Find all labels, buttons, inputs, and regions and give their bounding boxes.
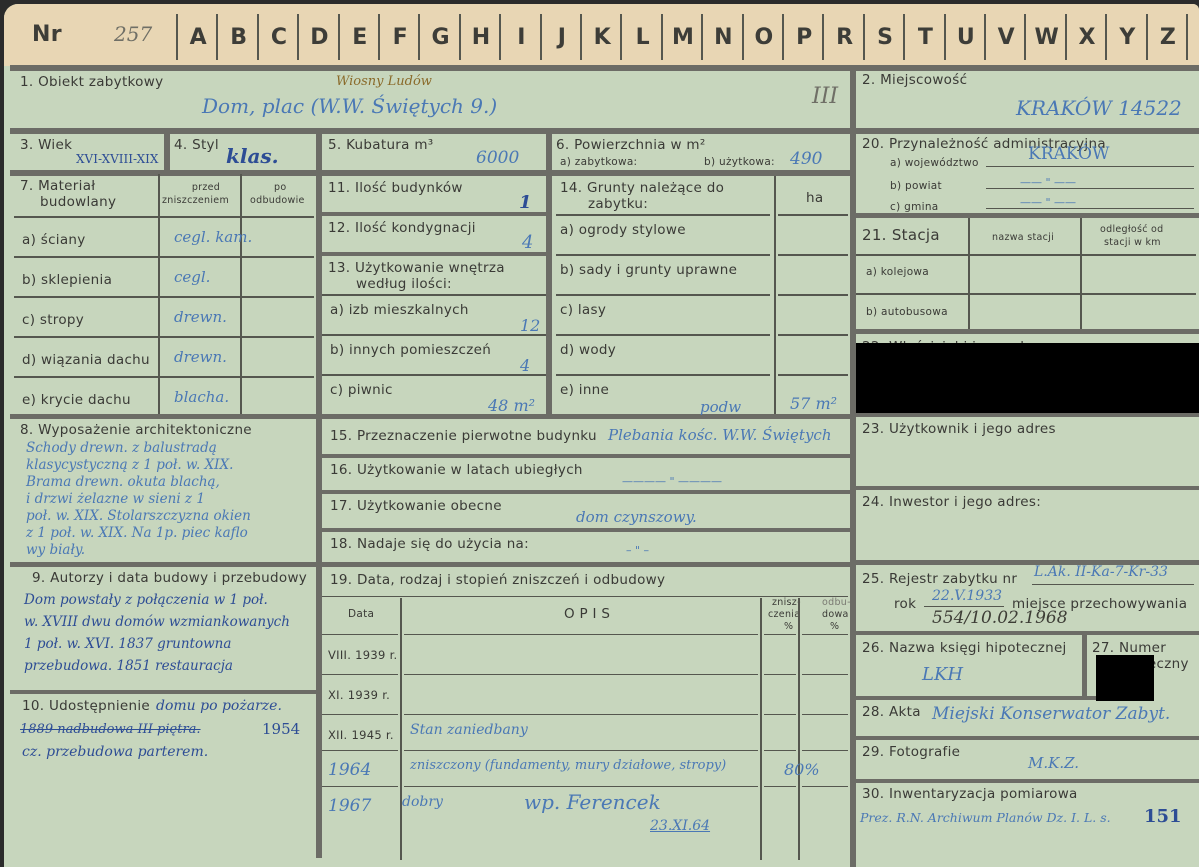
material-row-before: drewn. bbox=[174, 348, 227, 366]
field-3-label: 3. Wiek bbox=[20, 137, 72, 153]
material-row-label: c) stropy bbox=[22, 312, 84, 328]
interior-row-value: 48 m² bbox=[488, 396, 535, 415]
letter-tab-c[interactable]: C bbox=[257, 14, 299, 60]
letter-tab-z[interactable]: Z bbox=[1146, 14, 1188, 60]
field-17-value: dom czynszowy. bbox=[576, 508, 697, 526]
rule bbox=[986, 188, 1194, 189]
field-16-value: ———— " ———— bbox=[622, 475, 722, 488]
field-24-label: 24. Inwestor i jego adres: bbox=[862, 494, 1041, 510]
field-17-label: 17. Użytkowanie obecne bbox=[330, 498, 502, 514]
rule bbox=[164, 132, 170, 172]
rule bbox=[856, 413, 1199, 417]
letter-tab-m[interactable]: M bbox=[661, 14, 703, 60]
field-9-line: 1 poł. w. XVI. 1837 gruntowna bbox=[24, 633, 290, 655]
letter-tab-i[interactable]: I bbox=[499, 14, 541, 60]
damage-row-date: XII. 1945 r. bbox=[328, 728, 394, 742]
rule bbox=[322, 562, 850, 567]
rule bbox=[322, 786, 398, 787]
field-21b-label: b) autobusowa bbox=[866, 306, 948, 318]
damage-row-date: XI. 1939 r. bbox=[328, 688, 390, 702]
rule bbox=[556, 254, 770, 256]
field-19-col-rebuild-3: % bbox=[830, 621, 839, 632]
field-14-unit: ha bbox=[806, 190, 823, 206]
field-26-value: LKH bbox=[922, 664, 963, 685]
field-28-value: Miejski Konserwator Zabyt. bbox=[932, 704, 1170, 724]
col-after-1: po bbox=[274, 182, 286, 193]
field-9-line: Dom powstały z połączenia w 1 poł. bbox=[24, 589, 290, 611]
field-19-col-destr-1: znisz- bbox=[772, 597, 801, 608]
letter-tab-v[interactable]: V bbox=[984, 14, 1026, 60]
field-3-value: XVI-XVIII-XIX bbox=[76, 152, 158, 166]
field-10-label: 10. Udostępnienie bbox=[22, 698, 150, 714]
damage-row-date: VIII. 1939 r. bbox=[328, 648, 398, 662]
interior-row-label: a) izb mieszkalnych bbox=[330, 302, 469, 318]
material-row-label: d) wiązania dachu bbox=[22, 352, 150, 368]
field-2-label: 2. Miejscowość bbox=[862, 72, 967, 88]
rule bbox=[764, 714, 796, 715]
rule bbox=[10, 128, 1199, 134]
rule bbox=[158, 174, 160, 414]
redaction-block bbox=[1096, 655, 1154, 701]
field-27-label: 27. Numer bbox=[1092, 640, 1166, 656]
rule bbox=[14, 296, 314, 298]
rule bbox=[322, 674, 398, 675]
field-25-value: L.Ak. II-Ka-7-Kr-33 bbox=[1034, 564, 1168, 580]
rule bbox=[404, 714, 758, 715]
letter-tab-t[interactable]: T bbox=[903, 14, 945, 60]
field-25-rok-label: rok bbox=[894, 596, 916, 612]
field-28-label: 28. Akta bbox=[862, 704, 921, 720]
rule bbox=[14, 216, 314, 218]
field-7-label-2: budowlany bbox=[40, 194, 116, 210]
col-before-1: przed bbox=[176, 182, 236, 193]
rule bbox=[1186, 14, 1188, 60]
field-26-label: 26. Nazwa księgi hipotecznej bbox=[862, 640, 1067, 656]
field-9-line: przebudowa. 1851 restauracja bbox=[24, 655, 290, 677]
field-25-rok-value: 22.V.1933 bbox=[932, 588, 1002, 604]
rule bbox=[802, 786, 848, 787]
land-row-label: b) sady i grunty uprawne bbox=[560, 262, 737, 278]
material-row-before: cegl. kam. bbox=[174, 228, 252, 246]
rule bbox=[14, 336, 314, 338]
rule bbox=[400, 598, 402, 860]
field-5-label: 5. Kubatura m³ bbox=[328, 137, 433, 153]
letter-tab-d[interactable]: D bbox=[297, 14, 339, 60]
field-2-value: KRAKÓW 14522 bbox=[1016, 96, 1182, 120]
damage-row-desc: Stan zaniedbany bbox=[410, 722, 528, 738]
nr-label: Nr bbox=[32, 22, 62, 47]
rule bbox=[1082, 634, 1087, 698]
rule bbox=[778, 374, 848, 376]
rule bbox=[850, 132, 856, 867]
field-9-label: 9. Autorzy i data budowy i przebudowy bbox=[32, 570, 307, 586]
field-10-year: 1954 bbox=[262, 720, 300, 738]
field-1-label: 1. Obiekt zabytkowy bbox=[20, 74, 163, 90]
field-8-label: 8. Wyposażenie architektoniczne bbox=[20, 422, 252, 438]
rule bbox=[322, 596, 848, 597]
field-23-label: 23. Użytkownik i jego adres bbox=[862, 421, 1056, 437]
rule bbox=[322, 714, 398, 715]
field-13-label: 13. Użytkowanie wnętrza bbox=[328, 260, 505, 276]
rule bbox=[856, 696, 1096, 700]
letter-tab-n[interactable]: N bbox=[701, 14, 743, 60]
letter-tab-s[interactable]: S bbox=[863, 14, 905, 60]
field-30-value: Prez. R.N. Archiwum Planów Dz. I. L. s. bbox=[860, 810, 1111, 825]
rule bbox=[404, 750, 758, 751]
inventory-card: Nr 257 1. Obiekt zabytkowy Dom, plac (W.… bbox=[4, 4, 1199, 867]
rule bbox=[778, 254, 848, 256]
field-10-struck: 1889 nadbudowa III piętra. bbox=[20, 722, 201, 737]
letter-tab-y[interactable]: Y bbox=[1105, 14, 1147, 60]
field-8-line: Schody drewn. z balustradą bbox=[26, 440, 251, 457]
rule bbox=[404, 786, 758, 787]
rule bbox=[1032, 584, 1194, 585]
land-row-note: podw bbox=[700, 398, 741, 416]
field-21-col-dist-2: stacji w km bbox=[1104, 237, 1161, 248]
rule bbox=[322, 490, 850, 494]
field-11-value: 1 bbox=[519, 192, 532, 213]
letter-tab-o[interactable]: O bbox=[742, 14, 784, 60]
field-10-line1: domu po pożarze. bbox=[156, 698, 282, 714]
rule bbox=[778, 334, 848, 336]
field-8-line: klasycystyczną z 1 poł. w. XIX. bbox=[26, 457, 251, 474]
letter-tab-h[interactable]: H bbox=[459, 14, 501, 60]
field-14-label-2: zabytku: bbox=[588, 196, 648, 212]
field-12-value: 4 bbox=[522, 232, 533, 253]
damage-row-destr: 80% bbox=[784, 760, 820, 779]
rule bbox=[240, 174, 242, 414]
field-21-col-name: nazwa stacji bbox=[992, 232, 1054, 243]
rule bbox=[774, 176, 776, 414]
rule bbox=[802, 714, 848, 715]
rule bbox=[322, 252, 548, 256]
rule bbox=[798, 598, 800, 860]
letter-tab-x[interactable]: X bbox=[1065, 14, 1107, 60]
field-29-value: M.K.Z. bbox=[1028, 754, 1079, 772]
rule bbox=[856, 486, 1199, 490]
field-19-col-rebuild-2: dowa bbox=[822, 609, 849, 620]
field-12-label: 12. Ilość kondygnacji bbox=[328, 220, 476, 236]
rule bbox=[856, 293, 1196, 295]
field-7-label: 7. Materiał bbox=[20, 178, 95, 194]
field-6a-label: a) zabytkowa: bbox=[560, 156, 637, 168]
rule bbox=[322, 294, 546, 296]
letter-tab-g[interactable]: G bbox=[418, 14, 460, 60]
field-21-col-dist-1: odległość od bbox=[1100, 224, 1164, 235]
rule bbox=[856, 254, 1196, 256]
rule bbox=[322, 634, 398, 635]
rule bbox=[968, 218, 970, 330]
rule bbox=[856, 779, 1199, 783]
signature-date: 23.XI.64 bbox=[650, 818, 710, 834]
rule bbox=[322, 750, 398, 751]
rule bbox=[764, 786, 796, 787]
material-row-before: cegl. bbox=[174, 268, 210, 286]
field-19-col-date: Data bbox=[348, 608, 374, 620]
letter-tab-a[interactable]: A bbox=[176, 14, 218, 60]
rule bbox=[764, 674, 796, 675]
rule bbox=[10, 562, 318, 567]
rule bbox=[322, 374, 546, 376]
rule bbox=[552, 170, 850, 176]
rule bbox=[14, 256, 314, 258]
rule bbox=[322, 334, 546, 336]
rule bbox=[556, 214, 770, 216]
letter-tab-f[interactable]: F bbox=[378, 14, 420, 60]
rule bbox=[802, 634, 848, 635]
field-29-label: 29. Fotografie bbox=[862, 744, 960, 760]
field-8-value: Schody drewn. z balustradąklasycystyczną… bbox=[26, 440, 251, 559]
col-after-2: odbudowie bbox=[250, 195, 305, 206]
nr-value: 257 bbox=[114, 22, 152, 46]
field-30-number: 151 bbox=[1144, 806, 1182, 827]
field-21a-label: a) kolejowa bbox=[866, 266, 929, 278]
land-row-label: e) inne bbox=[560, 382, 609, 398]
rule bbox=[986, 208, 1194, 209]
field-25-place-value: 554/10.02.1968 bbox=[932, 608, 1068, 628]
rule bbox=[764, 634, 796, 635]
rule bbox=[322, 212, 548, 216]
material-row-before: blacha. bbox=[174, 388, 229, 406]
rule bbox=[1080, 218, 1082, 330]
field-10-line3: cz. przebudowa parterem. bbox=[22, 744, 208, 760]
rule bbox=[850, 68, 856, 130]
letter-tab-w[interactable]: W bbox=[1024, 14, 1066, 60]
damage-row-desc: dobry bbox=[402, 794, 443, 810]
field-8-line: z 1 poł. w. XIX. Na 1p. piec kaflo bbox=[26, 525, 251, 542]
rule bbox=[778, 214, 848, 216]
material-row-label: e) krycie dachu bbox=[22, 392, 131, 408]
col-before-2: zniszczeniem bbox=[162, 195, 229, 206]
rule bbox=[404, 634, 758, 635]
rule bbox=[856, 631, 1199, 635]
field-9-value: Dom powstały z połączenia w 1 poł.w. XVI… bbox=[24, 589, 290, 677]
field-30-label: 30. Inwentaryzacja pomiarowa bbox=[862, 786, 1078, 802]
field-8-line: wy biały. bbox=[26, 542, 251, 559]
rule bbox=[10, 690, 318, 694]
field-20a-label: a) województwo bbox=[890, 157, 979, 169]
interior-row-label: c) piwnic bbox=[330, 382, 393, 398]
rule bbox=[404, 674, 758, 675]
field-19-col-destr-2: czenia bbox=[768, 609, 800, 620]
field-20c-label: c) gmina bbox=[890, 201, 939, 213]
rule bbox=[778, 294, 848, 296]
field-18-value: – " – bbox=[626, 544, 649, 557]
rule bbox=[760, 598, 762, 860]
damage-row-date: 1967 bbox=[328, 796, 371, 816]
signature: wp. Ferencek bbox=[524, 790, 661, 814]
material-row-before: drewn. bbox=[174, 308, 227, 326]
rule bbox=[856, 329, 1199, 334]
field-15-label: 15. Przeznaczenie pierwotne budynku bbox=[330, 428, 597, 444]
field-20a-value: KRAKÓW bbox=[1028, 144, 1109, 164]
field-6b-value: 490 bbox=[790, 149, 822, 169]
interior-row-value: 12 bbox=[520, 316, 540, 335]
rule bbox=[556, 334, 770, 336]
letter-tab-b[interactable]: B bbox=[216, 14, 258, 60]
land-row-label: c) lasy bbox=[560, 302, 606, 318]
interior-row-value: 4 bbox=[520, 356, 530, 375]
field-20b-value: —— " —— bbox=[1020, 176, 1076, 189]
field-4-value: klas. bbox=[226, 144, 279, 168]
field-19-col-rebuild-1: odbu- bbox=[822, 597, 851, 608]
interior-row-label: b) innych pomieszczeń bbox=[330, 342, 491, 358]
field-1-roman: III bbox=[812, 84, 838, 109]
damage-row-desc: zniszczony (fundamenty, mury działowe, s… bbox=[410, 758, 726, 773]
rule bbox=[856, 213, 1199, 218]
letter-tab-e[interactable]: E bbox=[338, 14, 380, 60]
field-19-label: 19. Data, rodzaj i stopień zniszczeń i o… bbox=[330, 572, 665, 588]
field-25-label: 25. Rejestr zabytku nr bbox=[862, 571, 1017, 587]
field-6-label: 6. Powierzchnia w m² bbox=[556, 137, 706, 153]
rule bbox=[924, 606, 1004, 607]
material-row-label: a) ściany bbox=[22, 232, 86, 248]
land-row-label: d) wody bbox=[560, 342, 616, 358]
field-16-label: 16. Użytkowanie w latach ubiegłych bbox=[330, 462, 583, 478]
field-20b-label: b) powiat bbox=[890, 180, 942, 192]
redaction-block bbox=[856, 343, 1199, 413]
field-1-value: Dom, plac (W.W. Świętych 9.) bbox=[202, 94, 497, 118]
rule bbox=[322, 528, 850, 532]
material-row-label: b) sklepienia bbox=[22, 272, 112, 288]
field-4-label: 4. Styl bbox=[174, 137, 219, 153]
field-6b-label: b) użytkowa: bbox=[704, 156, 775, 168]
letter-tab-l[interactable]: L bbox=[620, 14, 662, 60]
field-5-value: 6000 bbox=[476, 148, 519, 168]
rule bbox=[322, 454, 850, 458]
field-14-label: 14. Grunty należące do bbox=[560, 180, 724, 196]
rule bbox=[764, 750, 796, 751]
rule bbox=[556, 374, 770, 376]
field-19-col-desc: O P I S bbox=[564, 606, 610, 622]
field-18-label: 18. Nadaje się do użycia na: bbox=[330, 536, 529, 552]
rule bbox=[316, 418, 322, 858]
rule bbox=[316, 132, 322, 414]
field-15-value: Plebania kośc. W.W. Świętych bbox=[608, 426, 831, 444]
rule bbox=[802, 750, 848, 751]
letter-tab-k[interactable]: K bbox=[580, 14, 622, 60]
damage-row-date: 1964 bbox=[328, 760, 371, 780]
field-11-label: 11. Ilość budynków bbox=[328, 180, 463, 196]
field-8-line: Brama drewn. okuta blachą, bbox=[26, 474, 251, 491]
field-8-line: i drzwi żelazne w sieni z 1 bbox=[26, 491, 251, 508]
letter-tab-u[interactable]: U bbox=[944, 14, 986, 60]
rule bbox=[10, 65, 1199, 71]
field-19-col-destr-3: % bbox=[784, 621, 793, 632]
letter-tab-j[interactable]: J bbox=[540, 14, 582, 60]
field-20c-value: —— " —— bbox=[1020, 196, 1076, 209]
field-21-label: 21. Stacja bbox=[862, 226, 940, 244]
land-row-label: a) ogrody stylowe bbox=[560, 222, 686, 238]
rule bbox=[856, 736, 1199, 740]
letter-tab-p[interactable]: P bbox=[782, 14, 824, 60]
field-1-annotation: Wiosny Ludów bbox=[336, 74, 432, 89]
rule bbox=[986, 166, 1194, 167]
rule bbox=[802, 674, 848, 675]
rule bbox=[14, 376, 314, 378]
field-13-label-2: według ilości: bbox=[356, 276, 452, 292]
letter-tab-r[interactable]: R bbox=[822, 14, 864, 60]
rule bbox=[556, 294, 770, 296]
land-row-value: 57 m² bbox=[790, 394, 837, 413]
field-8-line: poł. w. XIX. Stolarszczyzna okien bbox=[26, 508, 251, 525]
field-9-line: w. XVIII dwu domów wzmiankowanych bbox=[24, 611, 290, 633]
